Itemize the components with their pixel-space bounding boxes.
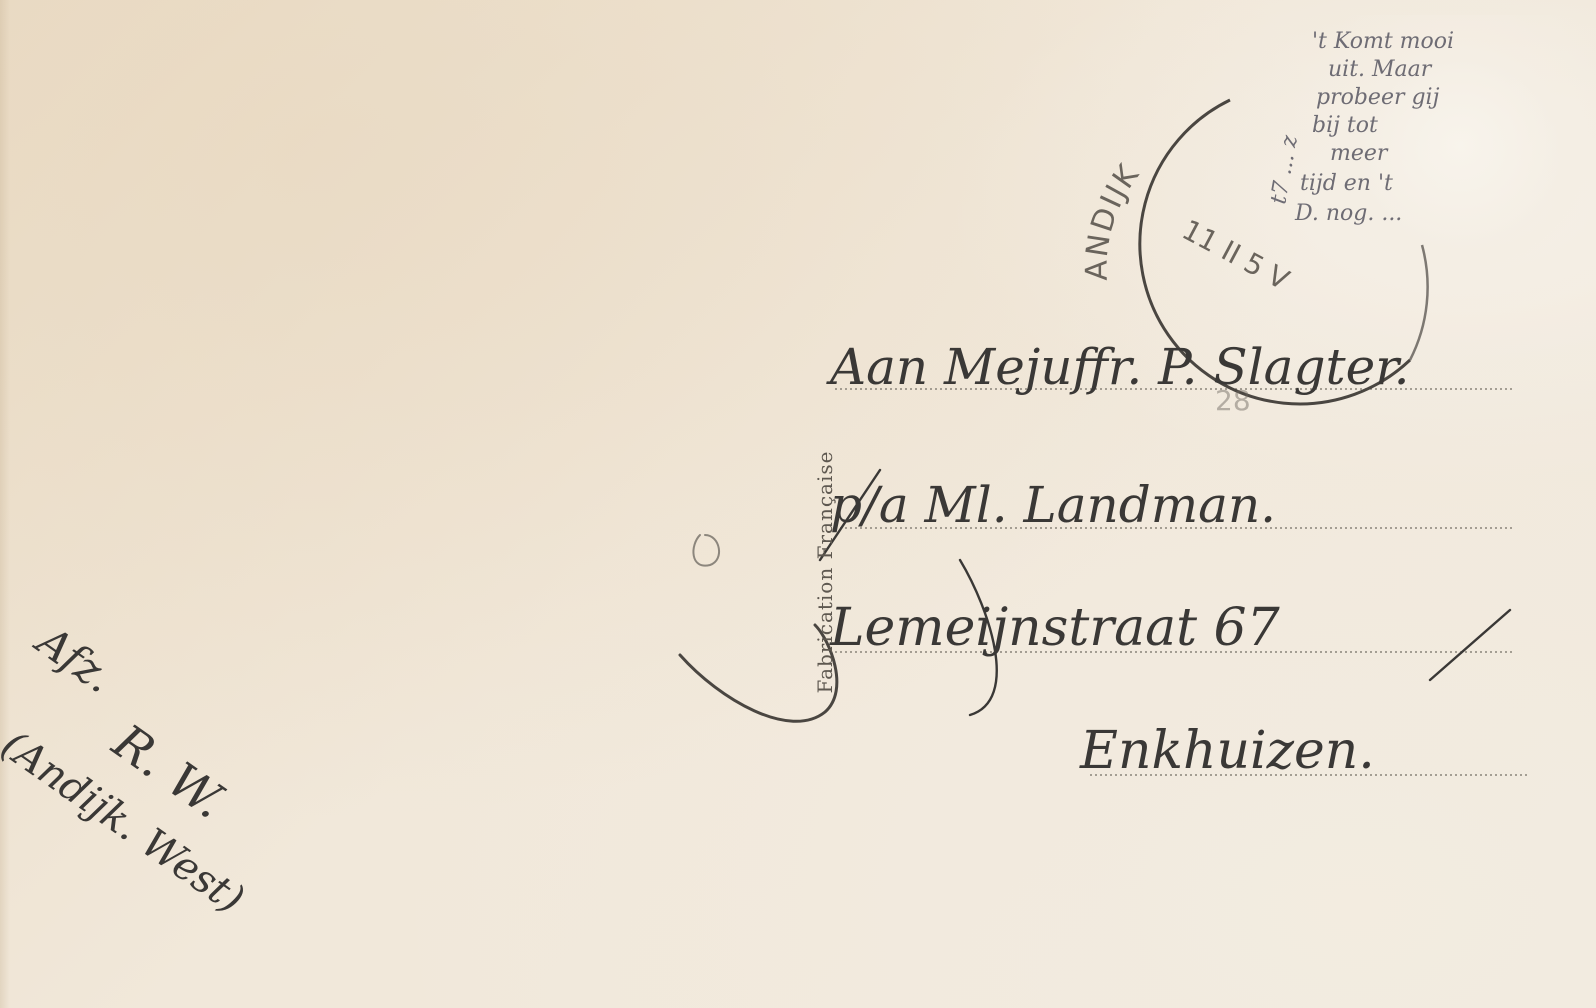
- postmark-date: 11 II 5 V: [1177, 213, 1295, 297]
- postmark-town: ANDIJK: [1080, 157, 1148, 281]
- svg-text:D. nog. ...: D. nog. ...: [1294, 201, 1402, 226]
- svg-text:probeer gij: probeer gij: [1316, 85, 1440, 110]
- postcard: ANDIJK 11 II 5 V 28 't Komt mooi uit. Ma…: [0, 0, 1596, 1008]
- svg-text:t7 ... z: t7 ... z: [1266, 133, 1303, 206]
- imprint-fabrication-francaise: Fabrication Française: [813, 412, 837, 732]
- svg-text:tijd en 't: tijd en 't: [1300, 171, 1393, 196]
- sender-block: Afz. R. W. (Andijk. West): [0, 614, 314, 923]
- svg-text:uit. Maar: uit. Maar: [1328, 57, 1433, 82]
- address-rules: ANDIJK 11 II 5 V 28 't Komt mooi uit. Ma…: [0, 0, 1596, 1008]
- address-line-1: Aan Mejuffr. P. Slagter.: [826, 338, 1409, 396]
- address-line-4: Enkhuizen.: [1079, 721, 1375, 781]
- pencil-note: 't Komt mooi uit. Maar probeer gij bij t…: [1266, 29, 1454, 226]
- recipient-address: Aan Mejuffr. P. Slagter. p/a Ml. Landman…: [826, 338, 1409, 781]
- svg-text:bij tot: bij tot: [1312, 113, 1378, 138]
- address-line-3: Lemeijnstraat 67: [829, 598, 1281, 658]
- svg-text:'t Komt mooi: 't Komt mooi: [1312, 29, 1454, 54]
- address-line-2: p/a Ml. Landman.: [830, 476, 1276, 534]
- sender-line-1: Afz.: [25, 614, 122, 703]
- svg-text:meer: meer: [1330, 141, 1389, 166]
